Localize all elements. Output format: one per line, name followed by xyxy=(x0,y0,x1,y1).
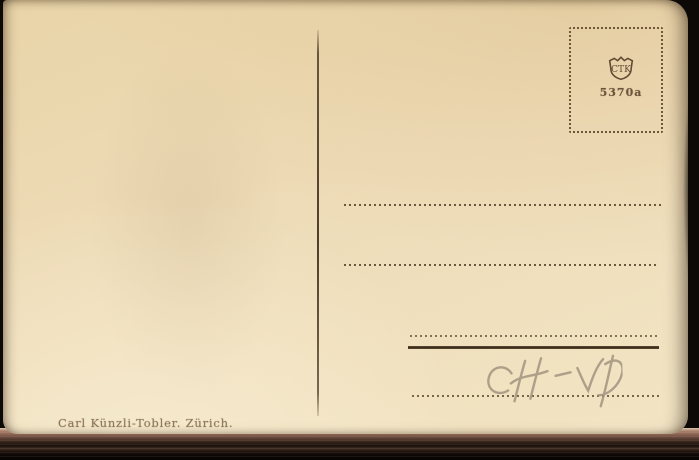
address-line-solid xyxy=(408,346,659,349)
postcard-back: CTK 5370a xyxy=(3,0,688,434)
right-edge-shadow xyxy=(667,40,699,340)
ctk-shield-icon: CTK xyxy=(606,55,636,81)
address-line-dashed-1 xyxy=(344,204,661,206)
handwritten-region-code xyxy=(477,353,624,418)
publisher-imprint: Carl Künzli-Tobler. Zürich. xyxy=(58,416,233,430)
address-line-dashed-3 xyxy=(410,335,658,337)
handwriting-strokes xyxy=(477,353,624,414)
stamp-box-content: CTK 5370a xyxy=(581,55,661,99)
stamp-monogram-text: CTK xyxy=(611,65,631,75)
postcard-photo: CTK 5370a xyxy=(0,0,699,460)
address-line-dashed-2 xyxy=(344,264,657,266)
stamp-box-number: 5370a xyxy=(581,86,661,99)
center-divider-line xyxy=(317,30,319,416)
stamp-box: CTK 5370a xyxy=(569,27,663,133)
